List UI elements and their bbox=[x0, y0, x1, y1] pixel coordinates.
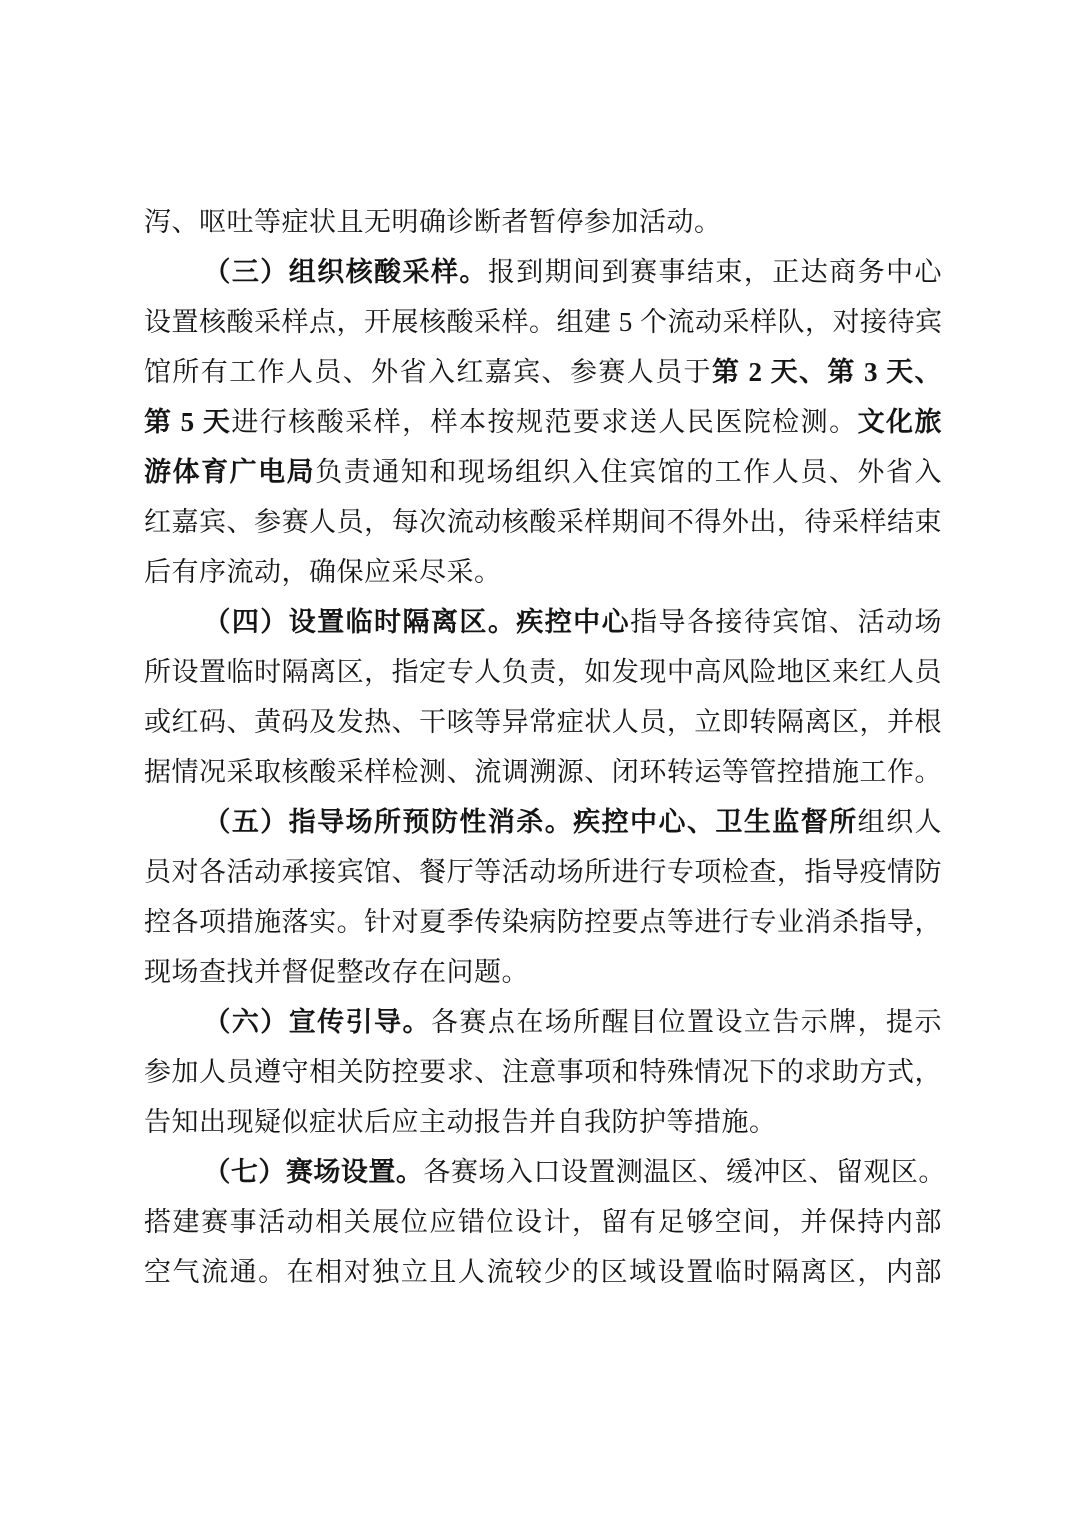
text-line-12: 据情况采取核酸采样检测、流调溯源、闭环转运等管控措施工作。 bbox=[144, 747, 942, 797]
text-run: 组织人 bbox=[858, 807, 942, 837]
bold-text-run: 第 2 天、第 3 天、 bbox=[712, 357, 942, 387]
text-run: 现场查找并督促整改存在问题。 bbox=[144, 957, 529, 987]
bold-text-run: （四）设置临时隔离区。疾控中心 bbox=[203, 607, 630, 637]
bold-text-run: （三）组织核酸采样。 bbox=[203, 257, 487, 287]
text-line-18: 参加人员遵守相关防控要求、注意事项和特殊情况下的求助方式， bbox=[144, 1047, 942, 1097]
text-line-15: 控各项措施落实。针对夏季传染病防控要点等进行专业消杀指导， bbox=[144, 897, 942, 947]
text-line-5: 第 5 天进行核酸采样，样本按规范要求送人民医院检测。文化旅 bbox=[144, 397, 942, 447]
text-run: 进行核酸采样，样本按规范要求送人民医院检测。 bbox=[231, 407, 857, 437]
text-line-22: 空气流通。在相对独立且人流较少的区域设置临时隔离区，内部 bbox=[144, 1247, 942, 1297]
text-line-11: 或红码、黄码及发热、干咳等异常症状人员，立即转隔离区，并根 bbox=[144, 697, 942, 747]
bold-text-run: 第 5 天 bbox=[144, 407, 231, 437]
text-line-6: 游体育广电局负责通知和现场组织入住宾馆的工作人员、外省入 bbox=[144, 447, 942, 497]
text-line-9: （四）设置临时隔离区。疾控中心指导各接待宾馆、活动场 bbox=[144, 597, 942, 647]
text-line-17: （六）宣传引导。各赛点在场所醒目位置设立告示牌，提示 bbox=[144, 997, 942, 1047]
text-run: 空气流通。在相对独立且人流较少的区域设置临时隔离区，内部 bbox=[144, 1257, 942, 1287]
text-line-3: 设置核酸采样点，开展核酸采样。组建 5 个流动采样队，对接待宾 bbox=[144, 297, 942, 347]
text-run: 泻、呕吐等症状且无明确诊断者暂停参加活动。 bbox=[144, 207, 722, 237]
bold-text-run: 文化旅 bbox=[858, 407, 942, 437]
text-run: 各赛点在场所醒目位置设立告示牌，提示 bbox=[431, 1007, 942, 1037]
text-run: 员对各活动承接宾馆、餐厅等活动场所进行专项检查，指导疫情防 bbox=[144, 857, 942, 887]
document-body: 泻、呕吐等症状且无明确诊断者暂停参加活动。（三）组织核酸采样。报到期间到赛事结束… bbox=[144, 197, 942, 1297]
text-run: 所设置临时隔离区，指定专人负责，如发现中高风险地区来红人员 bbox=[144, 657, 942, 687]
text-run: 参加人员遵守相关防控要求、注意事项和特殊情况下的求助方式， bbox=[144, 1057, 942, 1087]
bold-text-run: （五）指导场所预防性消杀。疾控中心、卫生监督所 bbox=[203, 807, 857, 837]
text-run: 设置核酸采样点，开展核酸采样。组建 5 个流动采样队，对接待宾 bbox=[144, 307, 942, 337]
text-line-16: 现场查找并督促整改存在问题。 bbox=[144, 947, 942, 997]
text-line-20: （七）赛场设置。各赛场入口设置测温区、缓冲区、留观区。 bbox=[144, 1147, 942, 1197]
text-line-19: 告知出现疑似症状后应主动报告并自我防护等措施。 bbox=[144, 1097, 942, 1147]
text-line-21: 搭建赛事活动相关展位应错位设计，留有足够空间，并保持内部 bbox=[144, 1197, 942, 1247]
bold-text-run: 游体育广电局 bbox=[144, 457, 315, 487]
text-run: 指导各接待宾馆、活动场 bbox=[630, 607, 942, 637]
text-run: 后有序流动，确保应采尽采。 bbox=[144, 557, 502, 587]
text-run: 红嘉宾、参赛人员，每次流动核酸采样期间不得外出，待采样结束 bbox=[144, 507, 942, 537]
text-line-13: （五）指导场所预防性消杀。疾控中心、卫生监督所组织人 bbox=[144, 797, 942, 847]
text-line-2: （三）组织核酸采样。报到期间到赛事结束，正达商务中心 bbox=[144, 247, 942, 297]
text-line-14: 员对各活动承接宾馆、餐厅等活动场所进行专项检查，指导疫情防 bbox=[144, 847, 942, 897]
text-run: 报到期间到赛事结束，正达商务中心 bbox=[488, 257, 942, 287]
text-run: 告知出现疑似症状后应主动报告并自我防护等措施。 bbox=[144, 1107, 777, 1137]
text-line-4: 馆所有工作人员、外省入红嘉宾、参赛人员于第 2 天、第 3 天、 bbox=[144, 347, 942, 397]
bold-text-run: （六）宣传引导。 bbox=[203, 1007, 431, 1037]
text-run: 搭建赛事活动相关展位应错位设计，留有足够空间，并保持内部 bbox=[144, 1207, 942, 1237]
text-run: 各赛场入口设置测温区、缓冲区、留观区。 bbox=[423, 1157, 942, 1187]
text-run: 馆所有工作人员、外省入红嘉宾、参赛人员于 bbox=[144, 357, 712, 387]
document-page: 泻、呕吐等症状且无明确诊断者暂停参加活动。（三）组织核酸采样。报到期间到赛事结束… bbox=[0, 0, 1074, 1520]
text-run: 控各项措施落实。针对夏季传染病防控要点等进行专业消杀指导， bbox=[144, 907, 942, 937]
text-line-1: 泻、呕吐等症状且无明确诊断者暂停参加活动。 bbox=[144, 197, 942, 247]
bold-text-run: （七）赛场设置。 bbox=[203, 1157, 423, 1187]
text-run: 据情况采取核酸采样检测、流调溯源、闭环转运等管控措施工作。 bbox=[144, 757, 942, 787]
text-run: 负责通知和现场组织入住宾馆的工作人员、外省入 bbox=[315, 457, 942, 487]
text-line-8: 后有序流动，确保应采尽采。 bbox=[144, 547, 942, 597]
text-run: 或红码、黄码及发热、干咳等异常症状人员，立即转隔离区，并根 bbox=[144, 707, 942, 737]
text-line-7: 红嘉宾、参赛人员，每次流动核酸采样期间不得外出，待采样结束 bbox=[144, 497, 942, 547]
text-line-10: 所设置临时隔离区，指定专人负责，如发现中高风险地区来红人员 bbox=[144, 647, 942, 697]
